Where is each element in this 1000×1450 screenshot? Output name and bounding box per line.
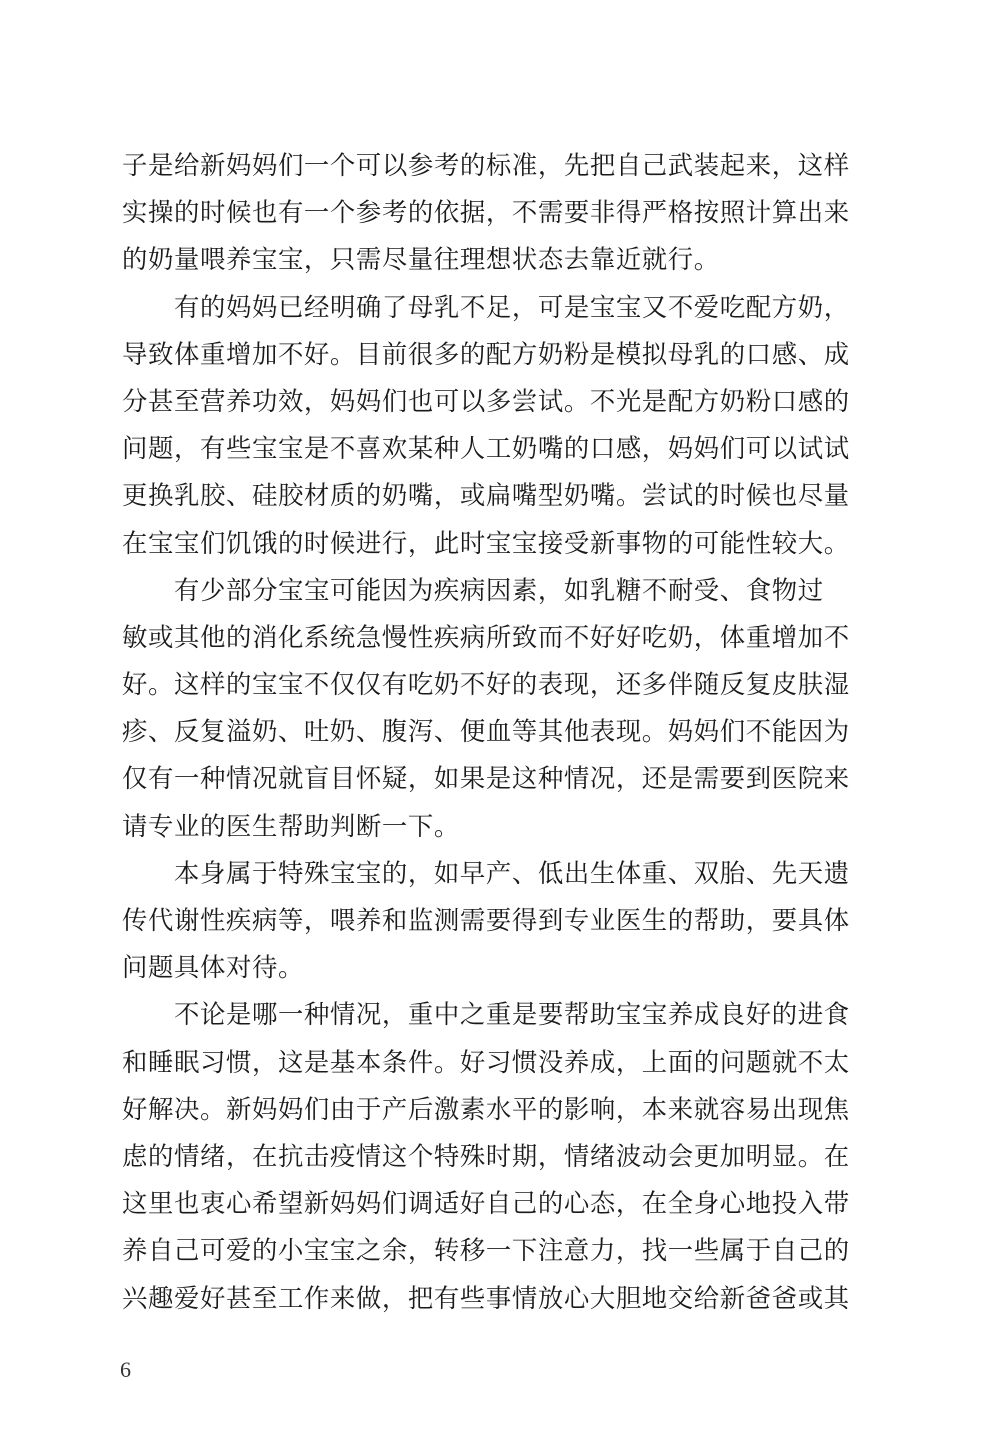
text-line: 问题具体对待。 — [122, 944, 852, 991]
paragraph-5: 不论是哪一种情况，重中之重是要帮助宝宝养成良好的进食 和睡眠习惯，这是基本条件。… — [122, 991, 852, 1321]
text-line: 分甚至营养功效，妈妈们也可以多尝试。不光是配方奶粉口感的 — [122, 378, 852, 425]
text-line: 敏或其他的消化系统急慢性疾病所致而不好好吃奶，体重增加不 — [122, 614, 852, 661]
text-line: 本身属于特殊宝宝的，如早产、低出生体重、双胎、先天遗 — [122, 850, 852, 897]
text-line: 和睡眠习惯，这是基本条件。好习惯没养成，上面的问题就不太 — [122, 1039, 852, 1086]
text-line: 子是给新妈妈们一个可以参考的标准，先把自己武装起来，这样 — [122, 142, 852, 189]
paragraph-2: 有的妈妈已经明确了母乳不足，可是宝宝又不爱吃配方奶， 导致体重增加不好。目前很多… — [122, 284, 852, 567]
text-line: 更换乳胶、硅胶材质的奶嘴，或扁嘴型奶嘴。尝试的时候也尽量 — [122, 472, 852, 519]
text-line: 实操的时候也有一个参考的依据，不需要非得严格按照计算出来 — [122, 189, 852, 236]
text-line: 好。这样的宝宝不仅仅有吃奶不好的表现，还多伴随反复皮肤湿 — [122, 661, 852, 708]
text-line: 问题，有些宝宝是不喜欢某种人工奶嘴的口感，妈妈们可以试试 — [122, 425, 852, 472]
paragraph-1: 子是给新妈妈们一个可以参考的标准，先把自己武装起来，这样 实操的时候也有一个参考… — [122, 142, 852, 284]
text-line: 虑的情绪，在抗击疫情这个特殊时期，情绪波动会更加明显。在 — [122, 1133, 852, 1180]
text-line: 不论是哪一种情况，重中之重是要帮助宝宝养成良好的进食 — [122, 991, 852, 1038]
text-line: 有少部分宝宝可能因为疾病因素，如乳糖不耐受、食物过 — [122, 567, 852, 614]
text-line: 在宝宝们饥饿的时候进行，此时宝宝接受新事物的可能性较大。 — [122, 520, 852, 567]
text-line: 养自己可爱的小宝宝之余，转移一下注意力，找一些属于自己的 — [122, 1227, 852, 1274]
text-line: 疹、反复溢奶、吐奶、腹泻、便血等其他表现。妈妈们不能因为 — [122, 708, 852, 755]
text-line: 传代谢性疾病等，喂养和监测需要得到专业医生的帮助，要具体 — [122, 897, 852, 944]
text-line: 兴趣爱好甚至工作来做，把有些事情放心大胆地交给新爸爸或其 — [122, 1275, 852, 1322]
text-line: 的奶量喂养宝宝，只需尽量往理想状态去靠近就行。 — [122, 236, 852, 283]
text-line: 导致体重增加不好。目前很多的配方奶粉是模拟母乳的口感、成 — [122, 331, 852, 378]
text-line: 请专业的医生帮助判断一下。 — [122, 803, 852, 850]
paragraph-4: 本身属于特殊宝宝的，如早产、低出生体重、双胎、先天遗 传代谢性疾病等，喂养和监测… — [122, 850, 852, 992]
text-line: 好解决。新妈妈们由于产后激素水平的影响，本来就容易出现焦 — [122, 1086, 852, 1133]
page-body: 子是给新妈妈们一个可以参考的标准，先把自己武装起来，这样 实操的时候也有一个参考… — [122, 142, 852, 1322]
text-line: 有的妈妈已经明确了母乳不足，可是宝宝又不爱吃配方奶， — [122, 284, 852, 331]
paragraph-3: 有少部分宝宝可能因为疾病因素，如乳糖不耐受、食物过 敏或其他的消化系统急慢性疾病… — [122, 567, 852, 850]
text-line: 仅有一种情况就盲目怀疑，如果是这种情况，还是需要到医院来 — [122, 755, 852, 802]
page-number: 6 — [120, 1355, 131, 1385]
text-line: 这里也衷心希望新妈妈们调适好自己的心态，在全身心地投入带 — [122, 1180, 852, 1227]
